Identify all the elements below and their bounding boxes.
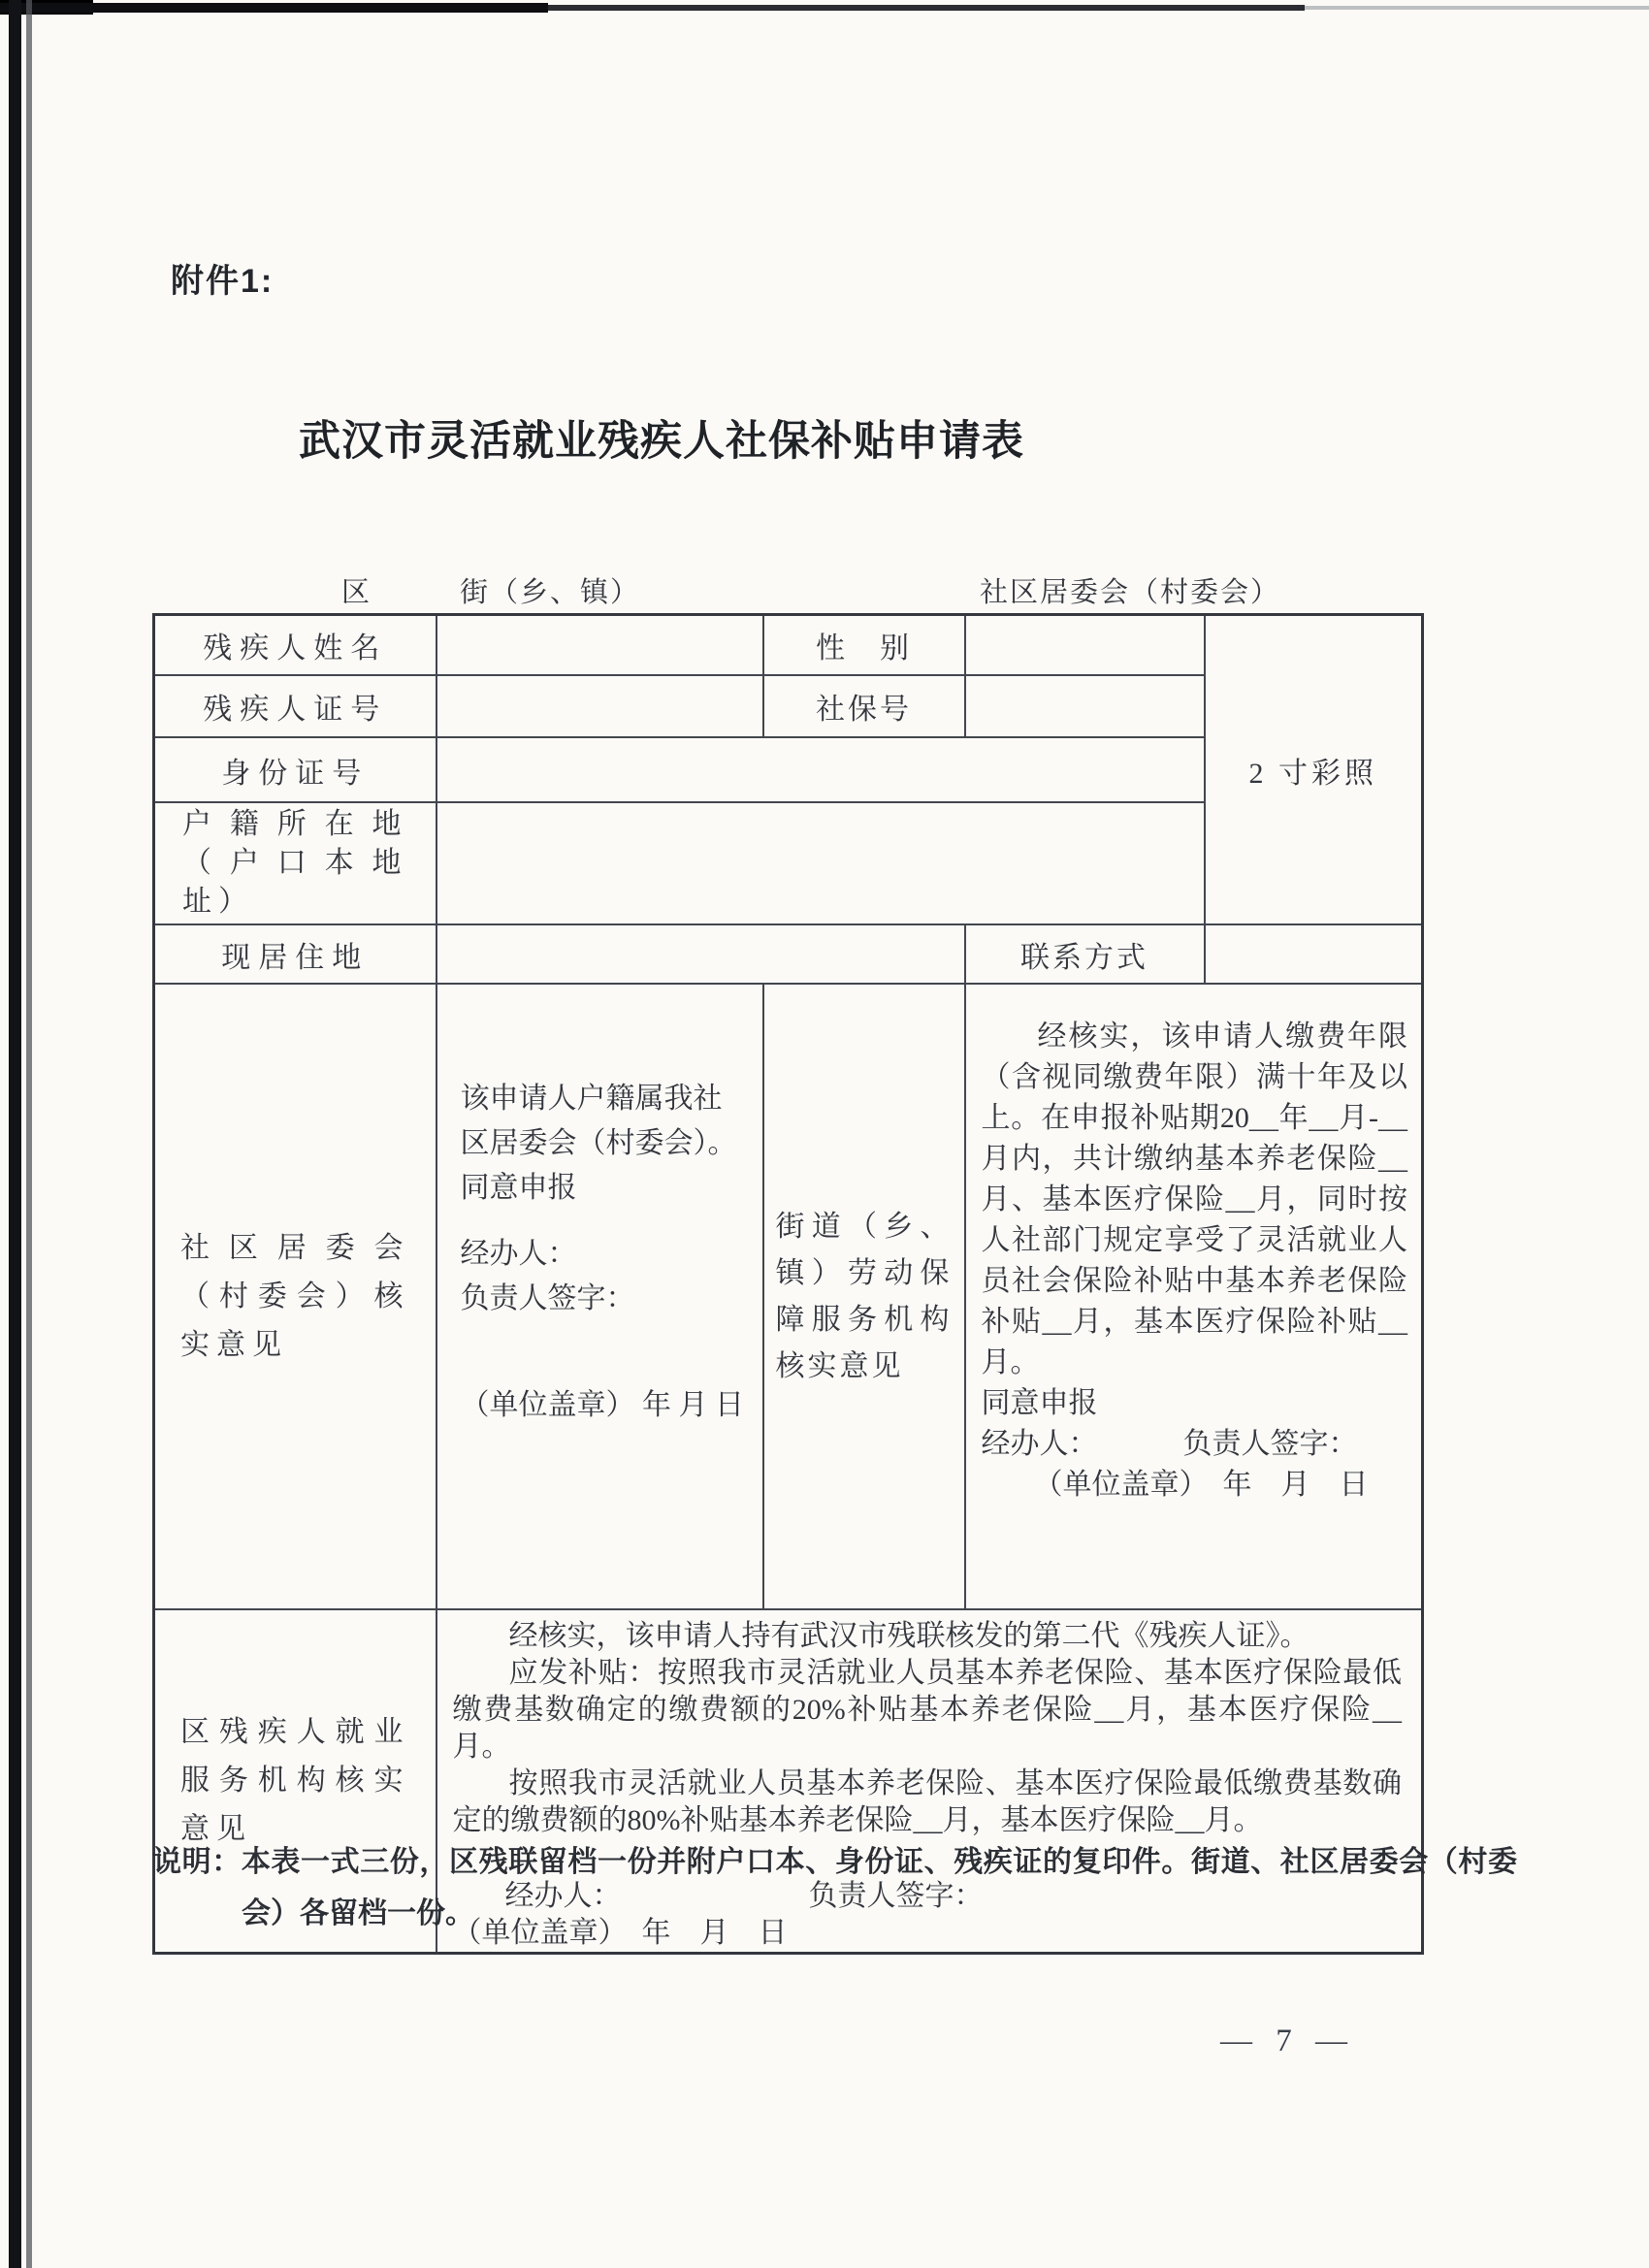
photo-label: 2 寸彩照 bbox=[1249, 758, 1378, 790]
contact-value-cell bbox=[1205, 924, 1423, 984]
street-review-section-label: 街道（乡、镇）劳动保障服务机构核实意见 bbox=[763, 984, 965, 1609]
community-review-seal-date: （单位盖章） 年 月 日 bbox=[461, 1383, 751, 1428]
scan-artifact-top-edge bbox=[0, 3, 548, 13]
current-address-value-cell bbox=[436, 924, 965, 984]
disability-cert-label: 残疾人证号 bbox=[154, 675, 436, 737]
photo-box: 2 寸彩照 bbox=[1205, 615, 1423, 925]
disability-cert-value-cell bbox=[436, 675, 763, 737]
street-review-seal-date: （单位盖章） 年 月 日 bbox=[982, 1465, 1408, 1506]
community-label: 社区居委会（村委会） bbox=[980, 570, 1280, 610]
community-review-section-label: 社区居委会（村委会）核实意见 bbox=[154, 984, 436, 1609]
community-review-approval: 同意申报 bbox=[461, 1166, 751, 1211]
gender-value-cell bbox=[965, 615, 1205, 676]
name-value-cell bbox=[436, 615, 763, 676]
social-security-value-cell bbox=[965, 675, 1205, 737]
name-label: 残疾人姓名 bbox=[154, 615, 436, 676]
street-review-approval: 同意申报 bbox=[982, 1383, 1408, 1424]
current-address-label: 现居住地 bbox=[154, 924, 436, 984]
district-review-statement-3: 按照我市灵活就业人员基本养老保险、基本医疗保险最低缴费基数确定的缴费额的80%补… bbox=[453, 1766, 1403, 1839]
household-residence-label: 户籍所在地（户口本地址） bbox=[154, 802, 436, 924]
location-line: 区 街（乡、镇） 社区居委会（村委会） bbox=[0, 570, 1649, 609]
note-label: 说明： bbox=[152, 1846, 242, 1878]
instructions-note: 说明：本表一式三份，区残联留档一份并附户口本、身份证、残疾证的复印件。街道、社区… bbox=[152, 1836, 1517, 1939]
page-number: — 7 — bbox=[1220, 2024, 1355, 2059]
district-review-statement-1: 经核实，该申请人持有武汉市残联核发的第二代《残疾人证》。 bbox=[453, 1618, 1403, 1655]
household-residence-value-cell bbox=[436, 802, 1205, 924]
street-review-signer: 负责人签字： bbox=[1183, 1428, 1358, 1460]
row-address-contact: 现居住地 联系方式 bbox=[154, 924, 1423, 984]
scanned-document-page: 附件1: 武汉市灵活就业残疾人社保补贴申请表 区 街（乡、镇） 社区居委会（村委… bbox=[0, 0, 1649, 2268]
page-title: 武汉市灵活就业残疾人社保补贴申请表 bbox=[299, 408, 1024, 468]
street-review-statement: 经核实，该申请人缴费年限（含视同缴费年限）满十年及以上。在申报补贴期20__年_… bbox=[982, 1017, 1408, 1383]
scan-artifact-left-edge bbox=[9, 0, 21, 2268]
social-security-label: 社保号 bbox=[763, 675, 965, 737]
community-review-opinion-cell: 该申请人户籍属我社区居委会（村委会）。 同意申报 经办人： 负责人签字： （单位… bbox=[436, 984, 763, 1609]
street-review-handler: 经办人： bbox=[982, 1428, 1098, 1460]
row-name-gender: 残疾人姓名 性 别 2 寸彩照 bbox=[154, 615, 1423, 676]
gender-label: 性 别 bbox=[763, 615, 965, 676]
contact-label: 联系方式 bbox=[965, 924, 1205, 984]
row-community-street-review: 社区居委会（村委会）核实意见 该申请人户籍属我社区居委会（村委会）。 同意申报 … bbox=[154, 984, 1423, 1609]
community-review-signer: 负责人签字： bbox=[461, 1277, 751, 1321]
street-review-opinion-cell: 经核实，该申请人缴费年限（含视同缴费年限）满十年及以上。在申报补贴期20__年_… bbox=[965, 984, 1423, 1609]
application-form-table: 残疾人姓名 性 别 2 寸彩照 残疾人证号 社保号 身份证号 户籍所在地（户口本… bbox=[152, 613, 1424, 1955]
street-label: 街（乡、镇） bbox=[460, 570, 640, 610]
attachment-label: 附件1: bbox=[171, 254, 274, 302]
scan-artifact-top-edge bbox=[1305, 6, 1649, 10]
community-review-handler: 经办人： bbox=[461, 1232, 751, 1277]
district-label: 区 bbox=[341, 570, 370, 610]
scan-artifact-left-edge bbox=[26, 0, 32, 2268]
id-number-label: 身份证号 bbox=[154, 737, 436, 802]
id-number-value-cell bbox=[436, 737, 1205, 802]
district-review-statement-2: 应发补贴：按照我市灵活就业人员基本养老保险、基本医疗保险最低缴费基数确定的缴费额… bbox=[453, 1655, 1403, 1766]
scan-artifact-top-edge bbox=[548, 5, 1305, 11]
community-review-statement: 该申请人户籍属我社区居委会（村委会）。 bbox=[461, 1077, 751, 1166]
note-text: 本表一式三份，区残联留档一份并附户口本、身份证、残疾证的复印件。街道、社区居委会… bbox=[242, 1846, 1517, 1929]
